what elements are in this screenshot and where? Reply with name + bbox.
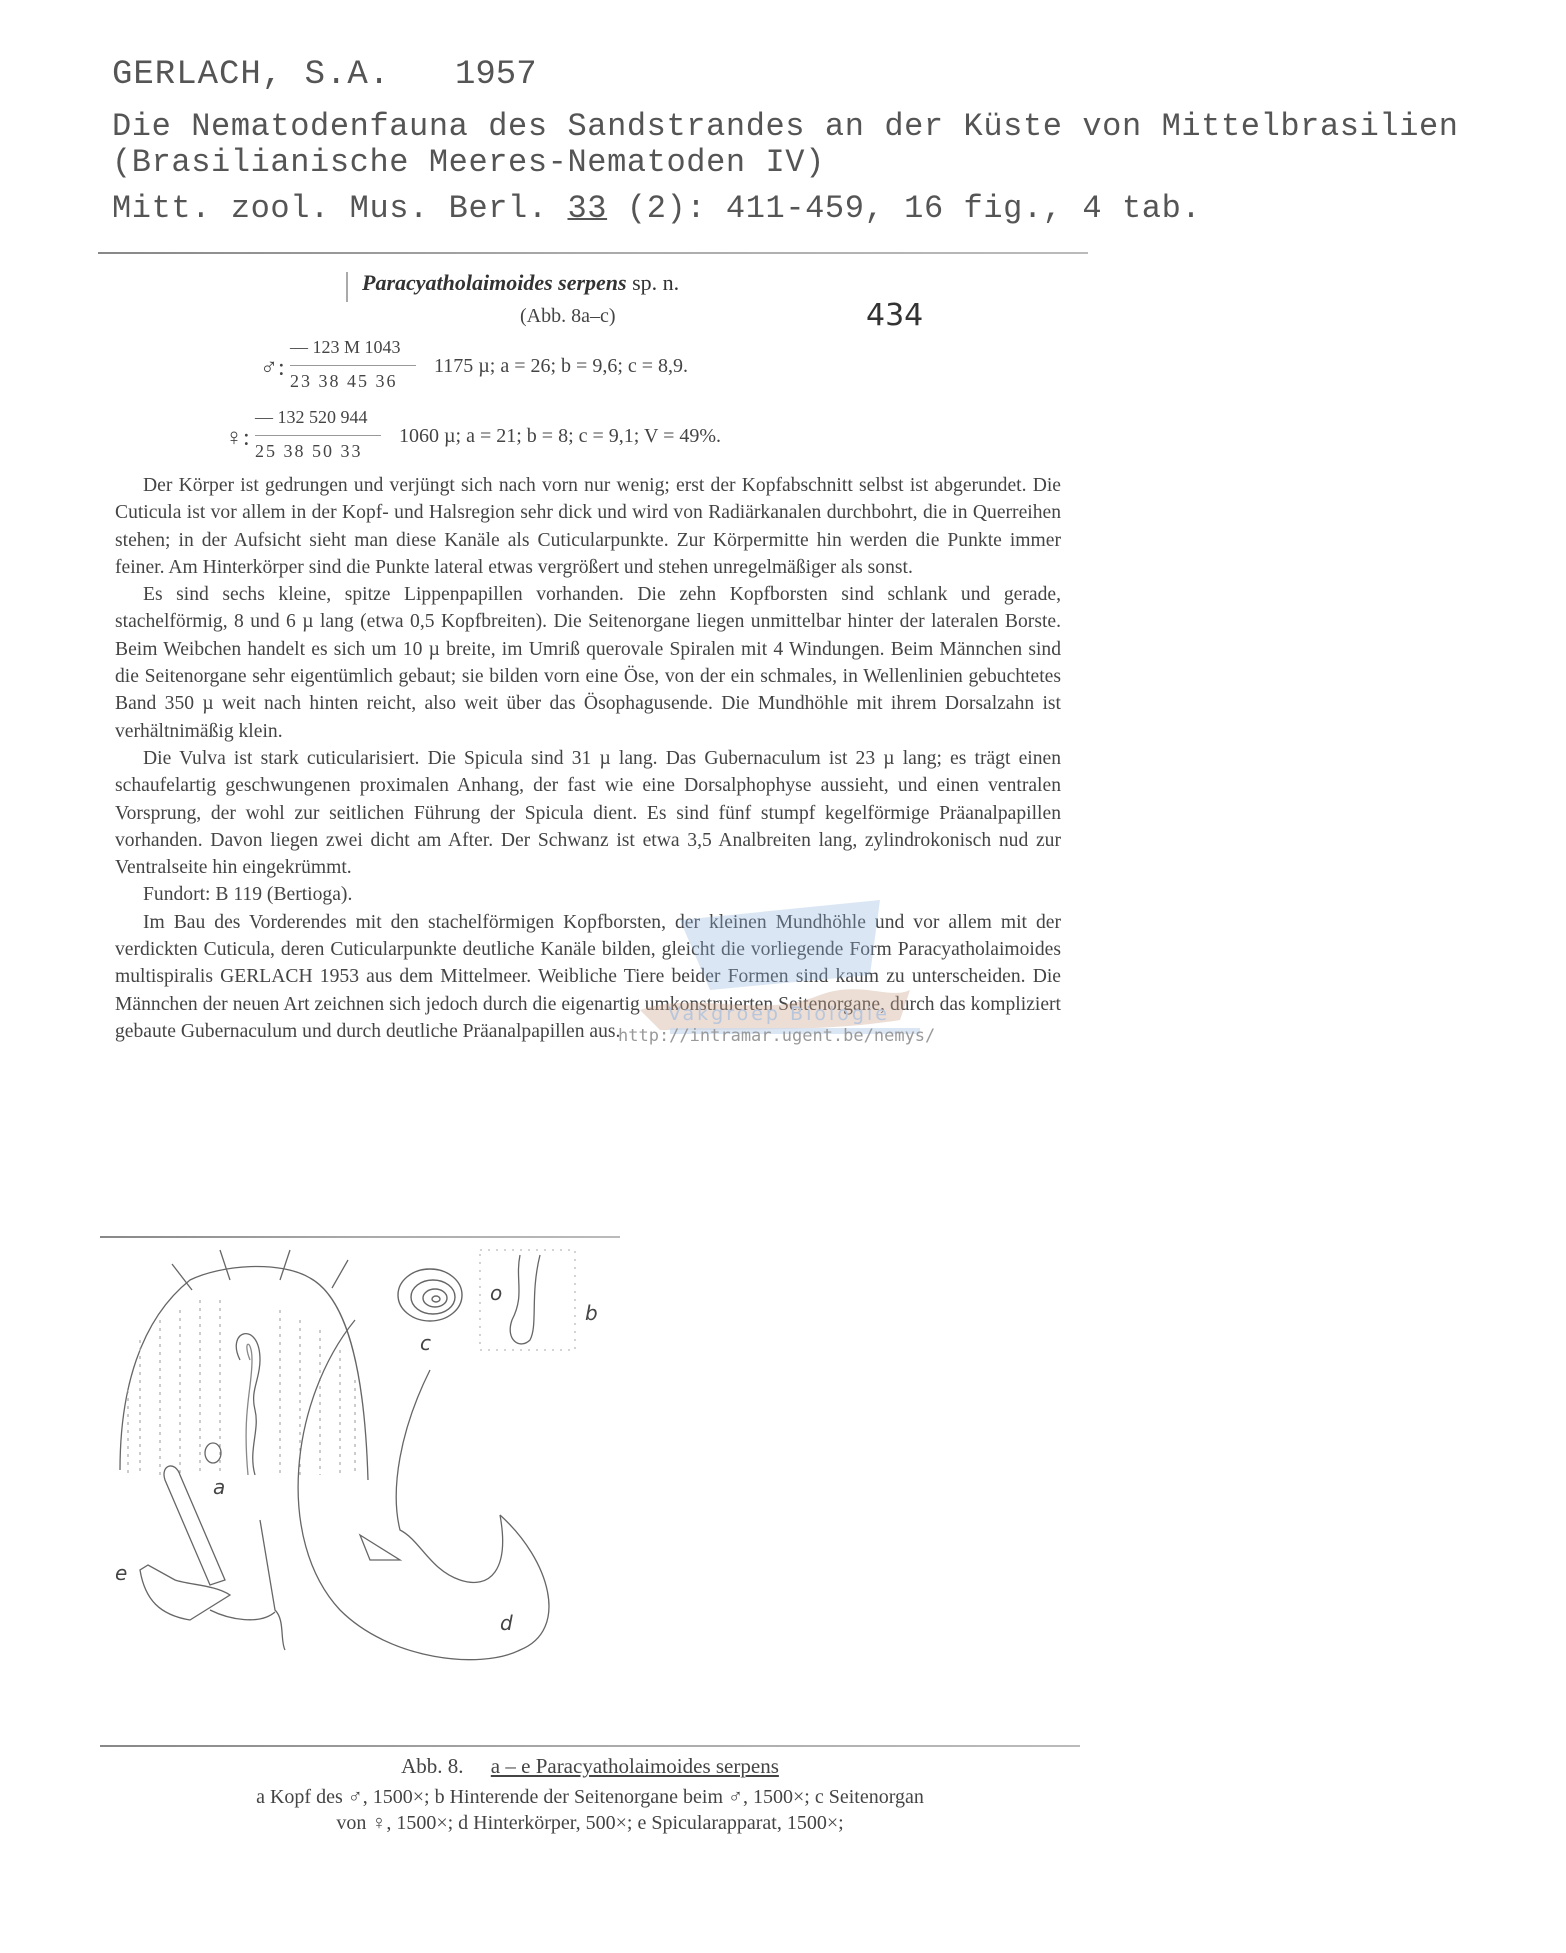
figure-top-rule xyxy=(100,1236,620,1238)
handwritten-page-number: 434 xyxy=(866,298,923,333)
caption-figure-number: Abb. 8. xyxy=(401,1754,463,1778)
label-e: e xyxy=(115,1561,127,1585)
drawing-d-tail xyxy=(298,1320,549,1660)
label-c: c xyxy=(420,1331,431,1355)
figure-caption-line2: von ♀, 1500×; d Hinterkörper, 500×; e Sp… xyxy=(100,1812,1080,1835)
journal-volume: 33 xyxy=(567,190,607,227)
paragraph-body-shape: Der Körper ist gedrungen und verjüngt si… xyxy=(115,472,1061,581)
fraction-bar xyxy=(255,435,381,436)
reference-year: 1957 xyxy=(455,56,537,94)
fraction-bar xyxy=(290,365,416,366)
male-denominator: 23 38 45 36 xyxy=(290,371,398,392)
female-denominator: 25 38 50 33 xyxy=(255,441,363,462)
figure-drawings: a o b c d e xyxy=(100,1240,1080,1740)
male-numerator: — 123 M 1043 xyxy=(290,337,401,358)
species-suffix: sp. n. xyxy=(632,270,679,295)
paragraph-discussion: Im Bau des Vorderendes mit den stachelfö… xyxy=(115,909,1061,1045)
caption-species: a – e Paracyatholaimoides serpens xyxy=(491,1754,779,1778)
journal-name: Mitt. zool. Mus. Berl. xyxy=(112,190,548,227)
watermark-text: Vakgroep Biologie xyxy=(668,1003,890,1025)
reference-journal: Mitt. zool. Mus. Berl. 33 (2): 411-459, … xyxy=(112,190,1201,227)
watermark-url: http://intramar.ugent.be/nemys/ xyxy=(618,1026,935,1046)
label-b: b xyxy=(585,1301,598,1325)
description-body: Der Körper ist gedrungen und verjüngt si… xyxy=(115,472,1061,1045)
figure-bottom-rule xyxy=(100,1745,1080,1747)
label-o-b: o xyxy=(490,1281,502,1305)
margin-mark xyxy=(346,272,348,302)
paragraph-reproductive: Die Vulva ist stark cuticularisiert. Die… xyxy=(115,745,1061,881)
reference-author: GERLACH, S.A. xyxy=(112,56,390,94)
reference-title-line1: Die Nematodenfauna des Sandstrandes an d… xyxy=(112,108,1459,145)
male-symbol: ♂: xyxy=(260,355,285,382)
paragraph-locality: Fundort: B 119 (Bertioga). xyxy=(115,881,1061,908)
label-a: a xyxy=(213,1475,225,1499)
paragraph-head: Es sind sechs kleine, spitze Lippenpapil… xyxy=(115,581,1061,745)
figure-caption-title: Abb. 8. a – e Paracyatholaimoides serpen… xyxy=(100,1754,1080,1779)
header-divider xyxy=(98,252,1088,254)
female-numerator: — 132 520 944 xyxy=(255,407,368,428)
label-d: d xyxy=(500,1611,513,1635)
species-figure-ref: (Abb. 8a–c) xyxy=(520,305,616,328)
drawing-a-head xyxy=(120,1250,368,1480)
species-name: Paracyatholaimoides serpens xyxy=(362,270,627,295)
female-values: 1060 µ; a = 21; b = 8; c = 9,1; V = 49%. xyxy=(399,425,721,448)
species-title: Paracyatholaimoides serpens sp. n. xyxy=(362,270,679,296)
figure-caption-line1: a Kopf des ♂, 1500×; b Hinterende der Se… xyxy=(100,1786,1080,1809)
male-values: 1175 µ; a = 26; b = 9,6; c = 8,9. xyxy=(434,355,688,378)
journal-pages: (2): 411-459, 16 fig., 4 tab. xyxy=(627,190,1201,227)
female-symbol: ♀: xyxy=(225,425,250,452)
reference-title-line2: (Brasilianische Meeres-Nematoden IV) xyxy=(112,144,825,181)
drawing-c-spiral xyxy=(398,1269,462,1321)
